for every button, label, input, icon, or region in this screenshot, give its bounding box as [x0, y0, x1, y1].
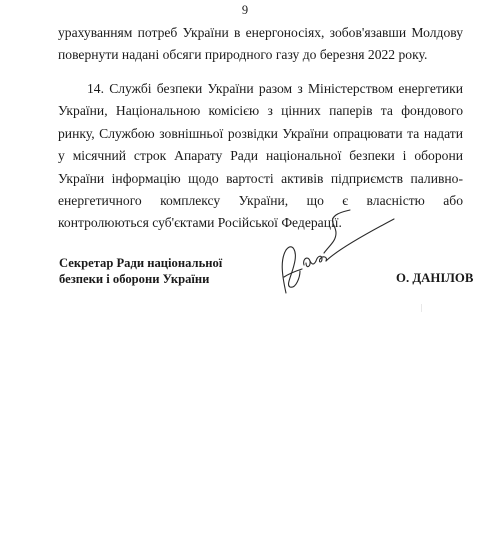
signatory-title-line1: Секретар Ради національної	[59, 256, 222, 272]
signatory-name: О. ДАНІЛОВ	[396, 271, 473, 286]
handwritten-signature	[276, 205, 416, 300]
scan-artifact	[421, 304, 422, 312]
paragraph-continuation: урахуванням потреб України в енергоносія…	[58, 22, 463, 67]
signatory-title: Секретар Ради національної безпеки і обо…	[59, 256, 222, 287]
signatory-title-line2: безпеки і оборони України	[59, 272, 222, 288]
page-number: 9	[0, 3, 490, 18]
